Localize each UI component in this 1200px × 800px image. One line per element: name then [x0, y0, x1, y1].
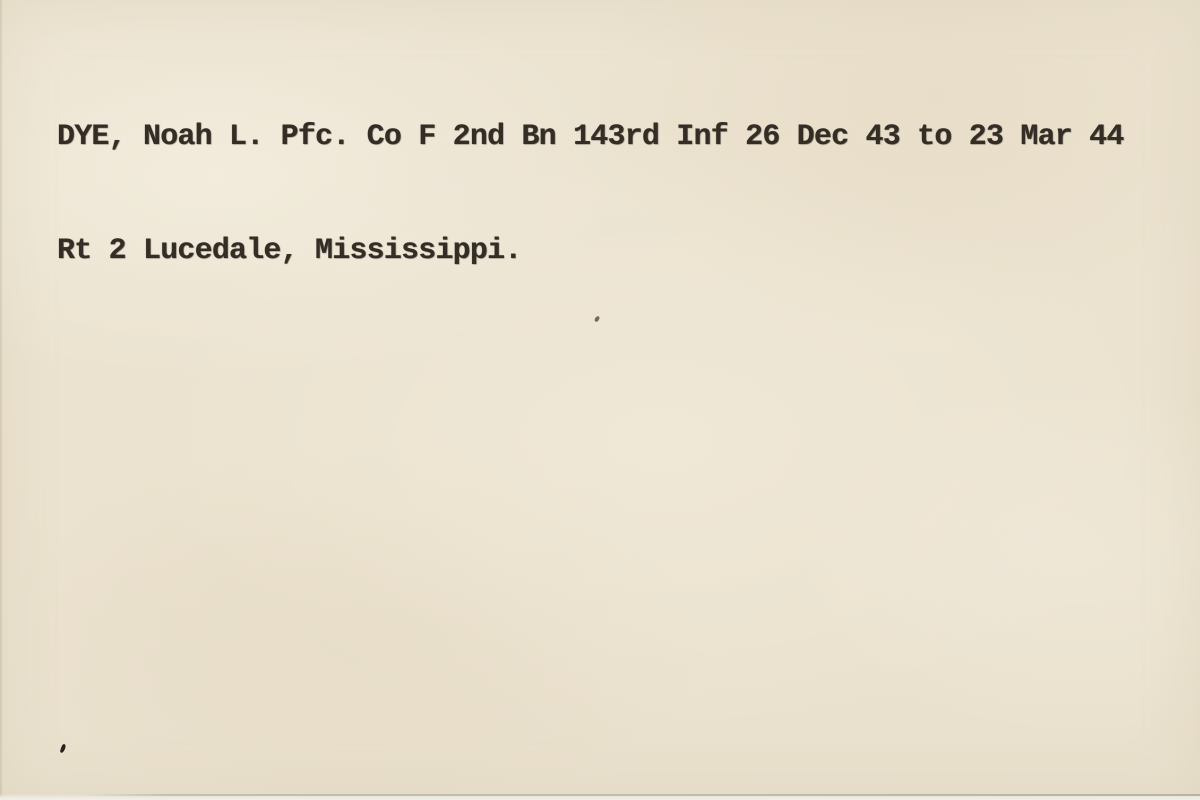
typed-text-block: DYE, Noah L. Pfc. Co F 2nd Bn 143rd Inf … [57, 42, 1124, 346]
typed-line-service-record: DYE, Noah L. Pfc. Co F 2nd Bn 143rd Inf … [57, 118, 1124, 156]
card-bottom-edge [80, 794, 1200, 796]
index-card: DYE, Noah L. Pfc. Co F 2nd Bn 143rd Inf … [0, 0, 1200, 800]
card-left-edge-shadow [0, 0, 3, 800]
stray-ink-mark [60, 744, 67, 754]
typed-line-address: Rt 2 Lucedale, Mississippi. [57, 232, 1124, 270]
